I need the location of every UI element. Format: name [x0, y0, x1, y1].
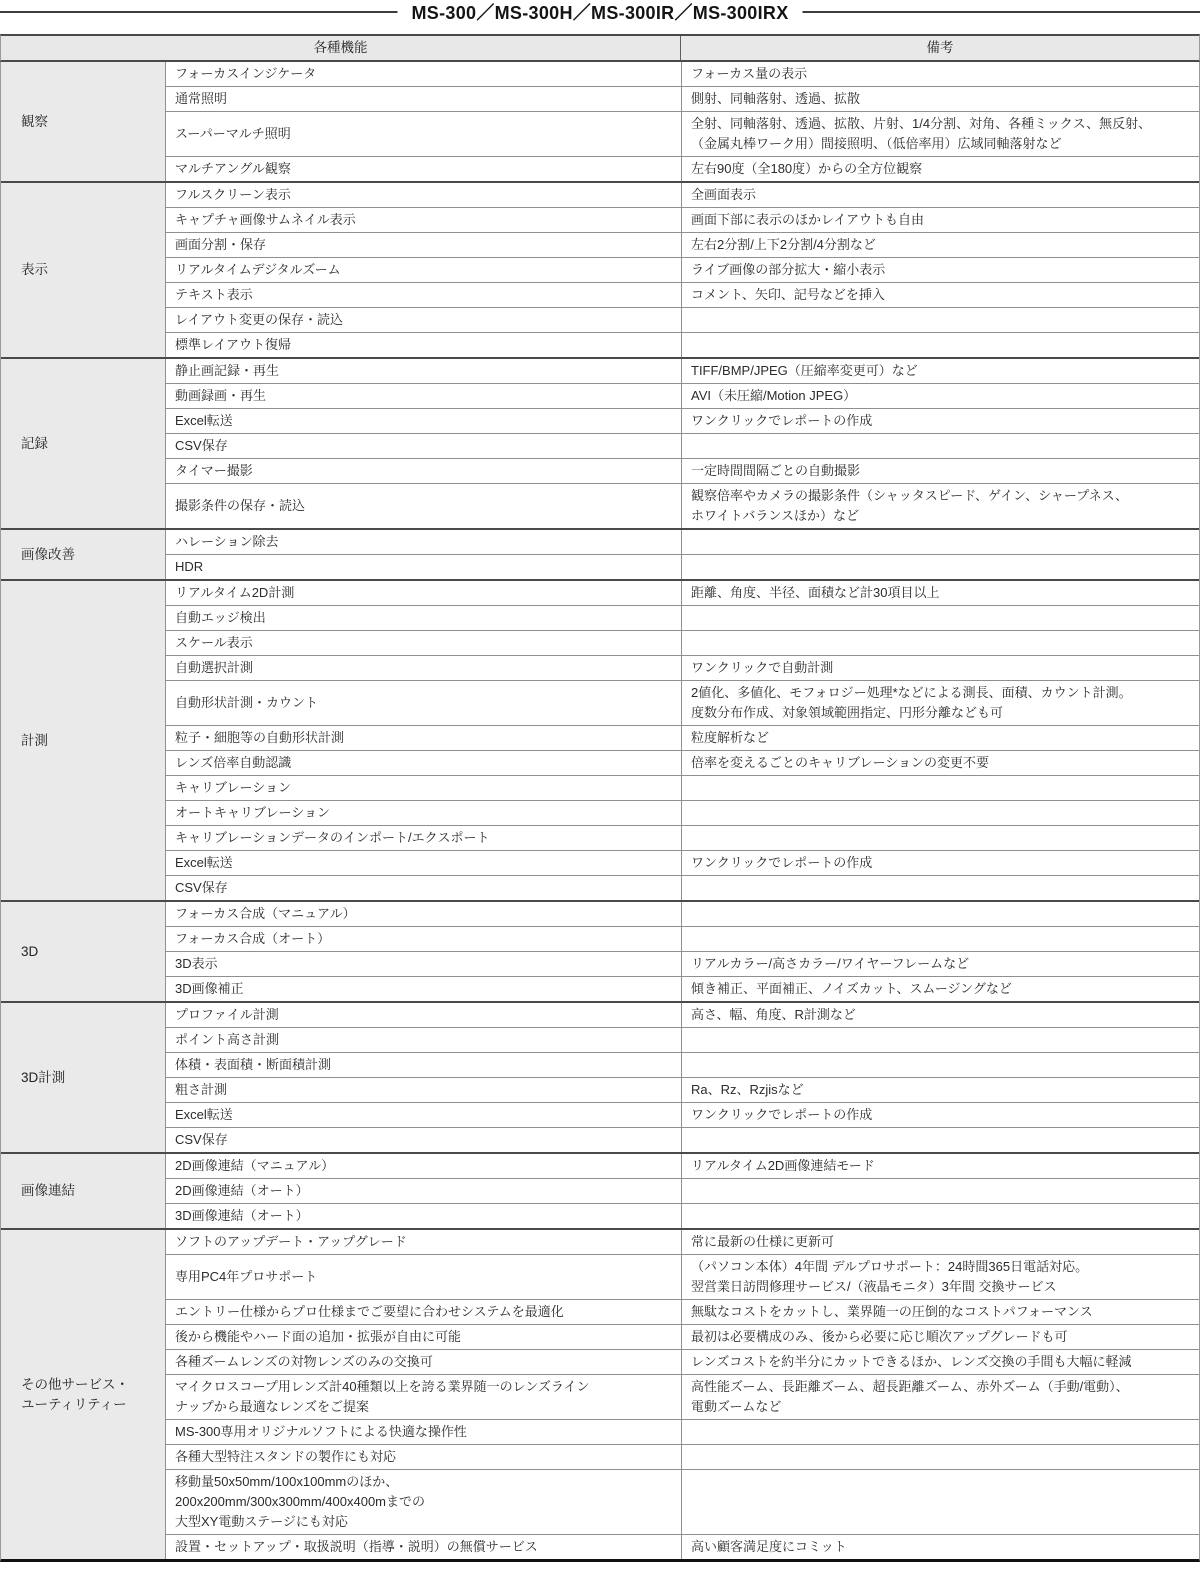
table-row: MS-300専用オリジナルソフトによる快適な操作性: [166, 1419, 1199, 1444]
remark-cell: Ra、Rz、Rzjisなど: [681, 1078, 1199, 1102]
remark-cell: [681, 1445, 1199, 1469]
remark-cell: 傾き補正、平面補正、ノイズカット、スムージングなど: [681, 977, 1199, 1001]
table-row: CSV保存: [166, 1127, 1199, 1152]
table-row: 2D画像連結（マニュアル） リアルタイム2D画像連結モード: [166, 1154, 1199, 1178]
spec-sheet: MS-300／MS-300H／MS-300IR／MS-300IRX 各種機能 備…: [0, 0, 1200, 1562]
feature-cell: 後から機能やハード面の追加・拡張が自由に可能: [166, 1325, 681, 1349]
remark-cell: 左右90度（全180度）からの全方位観察: [681, 157, 1199, 181]
feature-cell: 3D表示: [166, 952, 681, 976]
feature-cell: キャプチャ画像サムネイル表示: [166, 208, 681, 232]
category-cell: 画像連結: [1, 1154, 166, 1228]
feature-cell: テキスト表示: [166, 283, 681, 307]
table-row: Excel転送 ワンクリックでレポートの作成: [166, 1102, 1199, 1127]
remark-cell: 距離、角度、半径、面積など計30項目以上: [681, 581, 1199, 605]
table-section: 3D フォーカス合成（マニュアル） フォーカス合成（オート） 3D表示 リアルカ…: [1, 900, 1199, 1001]
feature-cell: 撮影条件の保存・読込: [166, 484, 681, 528]
feature-cell: 体積・表面積・断面積計測: [166, 1053, 681, 1077]
category-cell: 表示: [1, 183, 166, 357]
table-row: ハレーション除去: [166, 530, 1199, 554]
feature-cell: 動画録画・再生: [166, 384, 681, 408]
table-row: 自動形状計測・カウント 2値化、多値化、モフォロジー処理*などによる測長、面積、…: [166, 680, 1199, 725]
feature-cell: 粒子・細胞等の自動形状計測: [166, 726, 681, 750]
table-row: リアルタイムデジタルズーム ライブ画像の部分拡大・縮小表示: [166, 257, 1199, 282]
table-row: 体積・表面積・断面積計測: [166, 1052, 1199, 1077]
feature-cell: 静止画記録・再生: [166, 359, 681, 383]
table-row: 撮影条件の保存・読込 観察倍率やカメラの撮影条件（シャッタスピード、ゲイン、シャ…: [166, 483, 1199, 528]
feature-cell: MS-300専用オリジナルソフトによる快適な操作性: [166, 1420, 681, 1444]
feature-cell: マルチアングル観察: [166, 157, 681, 181]
remark-cell: 倍率を変えるごとのキャリブレーションの変更不要: [681, 751, 1199, 775]
feature-cell: 自動選択計測: [166, 656, 681, 680]
feature-cell: CSV保存: [166, 434, 681, 458]
remark-cell: [681, 1179, 1199, 1203]
feature-cell: CSV保存: [166, 876, 681, 900]
feature-cell: HDR: [166, 555, 681, 579]
category-cell: 観察: [1, 62, 166, 181]
table-row: 動画録画・再生 AVI（未圧縮/Motion JPEG）: [166, 383, 1199, 408]
table-section: 記録 静止画記録・再生 TIFF/BMP/JPEG（圧縮率変更可）など 動画録画…: [1, 357, 1199, 528]
table-section: 表示 フルスクリーン表示 全画面表示 キャプチャ画像サムネイル表示 画面下部に表…: [1, 181, 1199, 357]
table-row: フォーカス合成（マニュアル）: [166, 902, 1199, 926]
remark-cell: 粒度解析など: [681, 726, 1199, 750]
feature-cell: 自動形状計測・カウント: [166, 681, 681, 725]
table-header-row: 各種機能 備考: [0, 34, 1200, 62]
remark-cell: [681, 826, 1199, 850]
table-row: レイアウト変更の保存・読込: [166, 307, 1199, 332]
table-row: マイクロスコープ用レンズ計40種類以上を誇る業界随一のレンズライン ナップから最…: [166, 1374, 1199, 1419]
table-row: 画面分割・保存 左右2分割/上下2分割/4分割など: [166, 232, 1199, 257]
remark-cell: レンズコストを約半分にカットできるほか、レンズ交換の手間も大幅に軽減: [681, 1350, 1199, 1374]
section-rows: フォーカスインジケータ フォーカス量の表示 通常照明 側射、同軸落射、透過、拡散…: [166, 62, 1199, 181]
table-row: Excel転送 ワンクリックでレポートの作成: [166, 850, 1199, 875]
remark-cell: フォーカス量の表示: [681, 62, 1199, 86]
table-row: フォーカス合成（オート）: [166, 926, 1199, 951]
table-section: 観察 フォーカスインジケータ フォーカス量の表示 通常照明 側射、同軸落射、透過…: [1, 62, 1199, 181]
table-row: HDR: [166, 554, 1199, 579]
remark-cell: 高さ、幅、角度、R計測など: [681, 1003, 1199, 1027]
table-row: キャリブレーションデータのインポート/エクスポート: [166, 825, 1199, 850]
table-row: 標準レイアウト復帰: [166, 332, 1199, 357]
remark-cell: [681, 776, 1199, 800]
column-header-functions: 各種機能: [1, 36, 680, 60]
remark-cell: 全射、同軸落射、透過、拡散、片射、1/4分割、対角、各種ミックス、無反射、 （金…: [681, 112, 1199, 156]
feature-cell: 専用PC4年プロサポート: [166, 1255, 681, 1299]
feature-cell: 3D画像連結（オート）: [166, 1204, 681, 1228]
remark-cell: [681, 1028, 1199, 1052]
feature-cell: 移動量50x50mm/100x100mmのほか、 200x200mm/300x3…: [166, 1470, 681, 1534]
remark-cell: ライブ画像の部分拡大・縮小表示: [681, 258, 1199, 282]
remark-cell: ワンクリックでレポートの作成: [681, 1103, 1199, 1127]
feature-cell: タイマー撮影: [166, 459, 681, 483]
feature-cell: プロファイル計測: [166, 1003, 681, 1027]
table-row: 静止画記録・再生 TIFF/BMP/JPEG（圧縮率変更可）など: [166, 359, 1199, 383]
remark-cell: [681, 555, 1199, 579]
table-row: 各種ズームレンズの対物レンズのみの交換可 レンズコストを約半分にカットできるほか…: [166, 1349, 1199, 1374]
table-row: マルチアングル観察 左右90度（全180度）からの全方位観察: [166, 156, 1199, 181]
table-row: フォーカスインジケータ フォーカス量の表示: [166, 62, 1199, 86]
table-row: 3D画像連結（オート）: [166, 1203, 1199, 1228]
feature-cell: オートキャリブレーション: [166, 801, 681, 825]
table-row: リアルタイム2D計測 距離、角度、半径、面積など計30項目以上: [166, 581, 1199, 605]
remark-cell: [681, 333, 1199, 357]
remark-cell: （パソコン本体）4年間 デルプロサポート：24時間365日電話対応。 翌営業日訪…: [681, 1255, 1199, 1299]
feature-cell: フォーカスインジケータ: [166, 62, 681, 86]
table-row: テキスト表示 コメント、矢印、記号などを挿入: [166, 282, 1199, 307]
table-row: レンズ倍率自動認識 倍率を変えるごとのキャリブレーションの変更不要: [166, 750, 1199, 775]
table-row: プロファイル計測 高さ、幅、角度、R計測など: [166, 1003, 1199, 1027]
category-cell: 計測: [1, 581, 166, 900]
table-row: CSV保存: [166, 875, 1199, 900]
remark-cell: 無駄なコストをカットし、業界随一の圧倒的なコストパフォーマンス: [681, 1300, 1199, 1324]
remark-cell: [681, 927, 1199, 951]
table-section: 画像連結 2D画像連結（マニュアル） リアルタイム2D画像連結モード 2D画像連…: [1, 1152, 1199, 1228]
table-row: フルスクリーン表示 全画面表示: [166, 183, 1199, 207]
table-row: 粗さ計測 Ra、Rz、Rzjisなど: [166, 1077, 1199, 1102]
table-row: 各種大型特注スタンドの製作にも対応: [166, 1444, 1199, 1469]
feature-cell: 3D画像補正: [166, 977, 681, 1001]
remark-cell: [681, 434, 1199, 458]
table-section: 計測 リアルタイム2D計測 距離、角度、半径、面積など計30項目以上 自動エッジ…: [1, 579, 1199, 900]
section-rows: プロファイル計測 高さ、幅、角度、R計測など ポイント高さ計測 体積・表面積・断…: [166, 1003, 1199, 1152]
remark-cell: ワンクリックでレポートの作成: [681, 409, 1199, 433]
column-header-remarks: 備考: [680, 36, 1199, 60]
feature-cell: 設置・セットアップ・取扱説明（指導・説明）の無償サービス: [166, 1535, 681, 1559]
table-row: 専用PC4年プロサポート （パソコン本体）4年間 デルプロサポート：24時間36…: [166, 1254, 1199, 1299]
table-row: 3D表示 リアルカラー/高さカラー/ワイヤーフレームなど: [166, 951, 1199, 976]
section-rows: リアルタイム2D計測 距離、角度、半径、面積など計30項目以上 自動エッジ検出 …: [166, 581, 1199, 900]
table-section: 3D計測 プロファイル計測 高さ、幅、角度、R計測など ポイント高さ計測 体積・…: [1, 1001, 1199, 1152]
table-row: 設置・セットアップ・取扱説明（指導・説明）の無償サービス 高い顧客満足度にコミッ…: [166, 1534, 1199, 1559]
remark-cell: 常に最新の仕様に更新可: [681, 1230, 1199, 1254]
feature-cell: 自動エッジ検出: [166, 606, 681, 630]
remark-cell: コメント、矢印、記号などを挿入: [681, 283, 1199, 307]
remark-cell: 側射、同軸落射、透過、拡散: [681, 87, 1199, 111]
feature-cell: 各種ズームレンズの対物レンズのみの交換可: [166, 1350, 681, 1374]
section-rows: ソフトのアップデート・アップグレード 常に最新の仕様に更新可 専用PC4年プロサ…: [166, 1230, 1199, 1559]
table-row: ソフトのアップデート・アップグレード 常に最新の仕様に更新可: [166, 1230, 1199, 1254]
feature-cell: フォーカス合成（オート）: [166, 927, 681, 951]
remark-cell: [681, 1420, 1199, 1444]
table-row: 自動エッジ検出: [166, 605, 1199, 630]
remark-cell: [681, 1128, 1199, 1152]
feature-cell: ソフトのアップデート・アップグレード: [166, 1230, 681, 1254]
table-row: 移動量50x50mm/100x100mmのほか、 200x200mm/300x3…: [166, 1469, 1199, 1534]
feature-cell: 2D画像連結（オート）: [166, 1179, 681, 1203]
feature-cell: Excel転送: [166, 851, 681, 875]
table-row: エントリー仕様からプロ仕様までご要望に合わせシステムを最適化 無駄なコストをカッ…: [166, 1299, 1199, 1324]
remark-cell: [681, 1470, 1199, 1534]
feature-cell: ハレーション除去: [166, 530, 681, 554]
remark-cell: リアルカラー/高さカラー/ワイヤーフレームなど: [681, 952, 1199, 976]
feature-cell: レンズ倍率自動認識: [166, 751, 681, 775]
feature-cell: リアルタイム2D計測: [166, 581, 681, 605]
table-row: ポイント高さ計測: [166, 1027, 1199, 1052]
category-cell: 画像改善: [1, 530, 166, 579]
remark-cell: 最初は必要構成のみ、後から必要に応じ順次アップグレードも可: [681, 1325, 1199, 1349]
feature-cell: スケール表示: [166, 631, 681, 655]
feature-cell: リアルタイムデジタルズーム: [166, 258, 681, 282]
section-rows: フルスクリーン表示 全画面表示 キャプチャ画像サムネイル表示 画面下部に表示のほ…: [166, 183, 1199, 357]
remark-cell: [681, 1053, 1199, 1077]
table-section: 画像改善 ハレーション除去 HDR: [1, 528, 1199, 579]
page-title: MS-300／MS-300H／MS-300IR／MS-300IRX: [397, 2, 802, 24]
table-row: 通常照明 側射、同軸落射、透過、拡散: [166, 86, 1199, 111]
feature-cell: Excel転送: [166, 1103, 681, 1127]
remark-cell: ワンクリックでレポートの作成: [681, 851, 1199, 875]
remark-cell: [681, 1204, 1199, 1228]
remark-cell: [681, 606, 1199, 630]
feature-cell: 2D画像連結（マニュアル）: [166, 1154, 681, 1178]
feature-cell: フォーカス合成（マニュアル）: [166, 902, 681, 926]
section-rows: 静止画記録・再生 TIFF/BMP/JPEG（圧縮率変更可）など 動画録画・再生…: [166, 359, 1199, 528]
table-row: 3D画像補正 傾き補正、平面補正、ノイズカット、スムージングなど: [166, 976, 1199, 1001]
remark-cell: 高い顧客満足度にコミット: [681, 1535, 1199, 1559]
remark-cell: 左右2分割/上下2分割/4分割など: [681, 233, 1199, 257]
table-row: キャリブレーション: [166, 775, 1199, 800]
table-row: タイマー撮影 一定時間間隔ごとの自動撮影: [166, 458, 1199, 483]
section-rows: ハレーション除去 HDR: [166, 530, 1199, 579]
feature-cell: フルスクリーン表示: [166, 183, 681, 207]
feature-cell: レイアウト変更の保存・読込: [166, 308, 681, 332]
feature-cell: ポイント高さ計測: [166, 1028, 681, 1052]
section-rows: フォーカス合成（マニュアル） フォーカス合成（オート） 3D表示 リアルカラー/…: [166, 902, 1199, 1001]
feature-cell: CSV保存: [166, 1128, 681, 1152]
remark-cell: ワンクリックで自動計測: [681, 656, 1199, 680]
remark-cell: [681, 902, 1199, 926]
table-row: スーパーマルチ照明 全射、同軸落射、透過、拡散、片射、1/4分割、対角、各種ミッ…: [166, 111, 1199, 156]
table-row: 後から機能やハード面の追加・拡張が自由に可能 最初は必要構成のみ、後から必要に応…: [166, 1324, 1199, 1349]
feature-cell: 各種大型特注スタンドの製作にも対応: [166, 1445, 681, 1469]
table-row: キャプチャ画像サムネイル表示 画面下部に表示のほかレイアウトも自由: [166, 207, 1199, 232]
remark-cell: 観察倍率やカメラの撮影条件（シャッタスピード、ゲイン、シャープネス、 ホワイトバ…: [681, 484, 1199, 528]
remark-cell: [681, 801, 1199, 825]
table-row: オートキャリブレーション: [166, 800, 1199, 825]
table-row: スケール表示: [166, 630, 1199, 655]
remark-cell: 高性能ズーム、長距離ズーム、超長距離ズーム、赤外ズーム（手動/電動）、 電動ズー…: [681, 1375, 1199, 1419]
remark-cell: [681, 308, 1199, 332]
remark-cell: 画面下部に表示のほかレイアウトも自由: [681, 208, 1199, 232]
feature-cell: スーパーマルチ照明: [166, 112, 681, 156]
feature-cell: 画面分割・保存: [166, 233, 681, 257]
feature-cell: エントリー仕様からプロ仕様までご要望に合わせシステムを最適化: [166, 1300, 681, 1324]
feature-cell: Excel転送: [166, 409, 681, 433]
remark-cell: [681, 876, 1199, 900]
remark-cell: [681, 631, 1199, 655]
remark-cell: TIFF/BMP/JPEG（圧縮率変更可）など: [681, 359, 1199, 383]
table-row: 粒子・細胞等の自動形状計測 粒度解析など: [166, 725, 1199, 750]
category-cell: 3D計測: [1, 1003, 166, 1152]
remark-cell: AVI（未圧縮/Motion JPEG）: [681, 384, 1199, 408]
remark-cell: リアルタイム2D画像連結モード: [681, 1154, 1199, 1178]
table-row: Excel転送 ワンクリックでレポートの作成: [166, 408, 1199, 433]
category-cell: 3D: [1, 902, 166, 1001]
feature-cell: 通常照明: [166, 87, 681, 111]
category-cell: その他サービス・ ユーティリティー: [1, 1230, 166, 1559]
table-body: 観察 フォーカスインジケータ フォーカス量の表示 通常照明 側射、同軸落射、透過…: [0, 62, 1200, 1562]
table-section: その他サービス・ ユーティリティー ソフトのアップデート・アップグレード 常に最…: [1, 1228, 1199, 1559]
feature-cell: キャリブレーション: [166, 776, 681, 800]
remark-cell: 2値化、多値化、モフォロジー処理*などによる測長、面積、カウント計測。 度数分布…: [681, 681, 1199, 725]
feature-cell: マイクロスコープ用レンズ計40種類以上を誇る業界随一のレンズライン ナップから最…: [166, 1375, 681, 1419]
table-row: CSV保存: [166, 433, 1199, 458]
category-cell: 記録: [1, 359, 166, 528]
feature-cell: キャリブレーションデータのインポート/エクスポート: [166, 826, 681, 850]
feature-cell: 標準レイアウト復帰: [166, 333, 681, 357]
feature-cell: 粗さ計測: [166, 1078, 681, 1102]
remark-cell: 一定時間間隔ごとの自動撮影: [681, 459, 1199, 483]
table-row: 2D画像連結（オート）: [166, 1178, 1199, 1203]
remark-cell: 全画面表示: [681, 183, 1199, 207]
title-block: MS-300／MS-300H／MS-300IR／MS-300IRX: [0, 0, 1200, 34]
section-rows: 2D画像連結（マニュアル） リアルタイム2D画像連結モード 2D画像連結（オート…: [166, 1154, 1199, 1228]
remark-cell: [681, 530, 1199, 554]
table-row: 自動選択計測 ワンクリックで自動計測: [166, 655, 1199, 680]
